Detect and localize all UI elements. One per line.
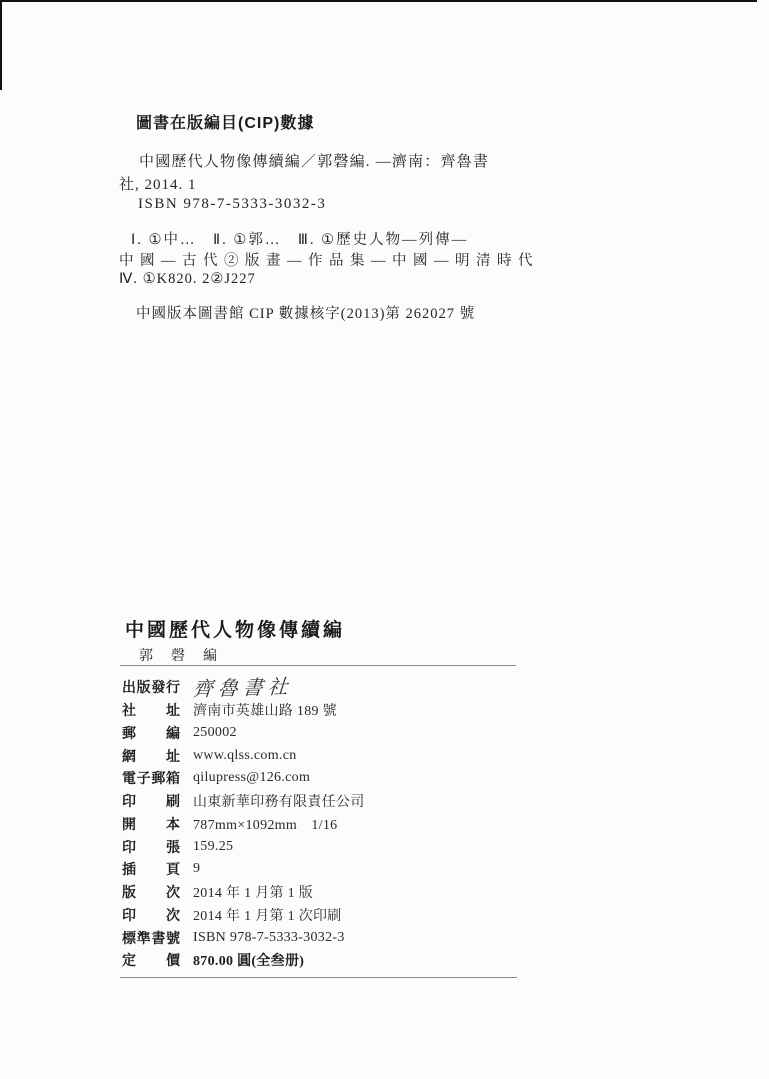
scan-edge-left-mark xyxy=(0,0,2,90)
field-value: ISBN 978-7-5333-3032-3 xyxy=(193,930,345,946)
field-value: 2014 年 1 月第 1 版 xyxy=(193,882,313,902)
row-printer: 印刷 山東新華印務有限責任公司 xyxy=(122,790,542,813)
cip-classification-line1: Ⅰ. ①中… Ⅱ. ①郭… Ⅲ. ①歷史人物—列傳— xyxy=(131,228,468,249)
field-value: 濟南市英雄山路 189 號 xyxy=(193,700,337,720)
field-value: qilupress@126.com xyxy=(193,770,310,786)
field-label: 印刷 xyxy=(122,791,180,811)
divider-rule-top xyxy=(120,665,516,666)
price-value: 870.00 圓(全叁册) xyxy=(193,950,304,970)
field-label: 印次 xyxy=(122,905,180,925)
cip-entry-line2: 社, 2014. 1 xyxy=(119,173,197,194)
field-label: 插頁 xyxy=(122,859,180,879)
row-sheets: 印張 159.25 xyxy=(122,835,542,858)
cip-record-number-line: 中國版本圖書館 CIP 數據核字(2013)第 262027 號 xyxy=(136,302,475,323)
field-value: 山東新華印務有限責任公司 xyxy=(193,791,365,811)
cip-isbn-line: ISBN 978-7-5333-3032-3 xyxy=(138,196,326,213)
row-website: 網址 www.qlss.com.cn xyxy=(122,744,542,767)
field-label: 印張 xyxy=(122,837,180,857)
field-value: 9 xyxy=(193,861,200,877)
field-value: www.qlss.com.cn xyxy=(193,748,297,764)
publisher-script-logotype: 齊魯書社 xyxy=(192,670,294,702)
row-email: 電子郵箱 qilupress@126.com xyxy=(122,767,542,790)
field-label: 出版發行 xyxy=(122,677,180,697)
row-printing: 印次 2014 年 1 月第 1 次印刷 xyxy=(122,904,542,927)
field-label: 開本 xyxy=(122,814,180,834)
field-label: 標準書號 xyxy=(122,928,180,948)
cip-heading: 圖書在版編目(CIP)數據 xyxy=(136,110,314,133)
field-label: 社址 xyxy=(122,700,180,720)
row-publisher: 出版發行 齊魯書社 xyxy=(122,676,542,699)
cip-classification-line2: 中國—古代②版畫—作品集—中國—明清時代 xyxy=(119,249,539,270)
cip-entry-line1: 中國歷代人物像傳續編／郭磬編. —濟南：齊魯書 xyxy=(139,150,489,171)
row-inserts: 插頁 9 xyxy=(122,858,542,881)
row-postcode: 郵編 250002 xyxy=(122,722,542,745)
field-value: 2014 年 1 月第 1 次印刷 xyxy=(193,905,342,925)
field-label: 版次 xyxy=(122,882,180,902)
field-label: 定價 xyxy=(122,950,180,970)
publication-info-table: 出版發行 齊魯書社 社址 濟南市英雄山路 189 號 郵編 250002 網址 … xyxy=(122,676,542,972)
field-value: 250002 xyxy=(193,725,237,741)
row-edition: 版次 2014 年 1 月第 1 版 xyxy=(122,881,542,904)
book-title: 中國歷代人物像傳續編 xyxy=(125,615,345,642)
divider-rule-bottom xyxy=(120,977,517,978)
scanned-copyright-page: { "page": { "background": "#fcfcfc", "in… xyxy=(0,0,769,1079)
field-label: 電子郵箱 xyxy=(122,768,180,788)
row-price: 定價 870.00 圓(全叁册) xyxy=(122,949,542,972)
book-author: 郭 磬 編 xyxy=(139,645,219,665)
field-value: 787mm×1092mm 1/16 xyxy=(193,814,337,834)
field-value: 159.25 xyxy=(193,839,233,855)
row-address: 社址 濟南市英雄山路 189 號 xyxy=(122,699,542,722)
field-label: 郵編 xyxy=(122,723,180,743)
scan-edge-top-line xyxy=(0,0,757,2)
row-standard-book-number: 標準書號 ISBN 978-7-5333-3032-3 xyxy=(122,926,542,949)
cip-classification-line3: Ⅳ. ①K820. 2②J227 xyxy=(119,271,256,288)
row-format: 開本 787mm×1092mm 1/16 xyxy=(122,813,542,836)
field-label: 網址 xyxy=(122,746,180,766)
